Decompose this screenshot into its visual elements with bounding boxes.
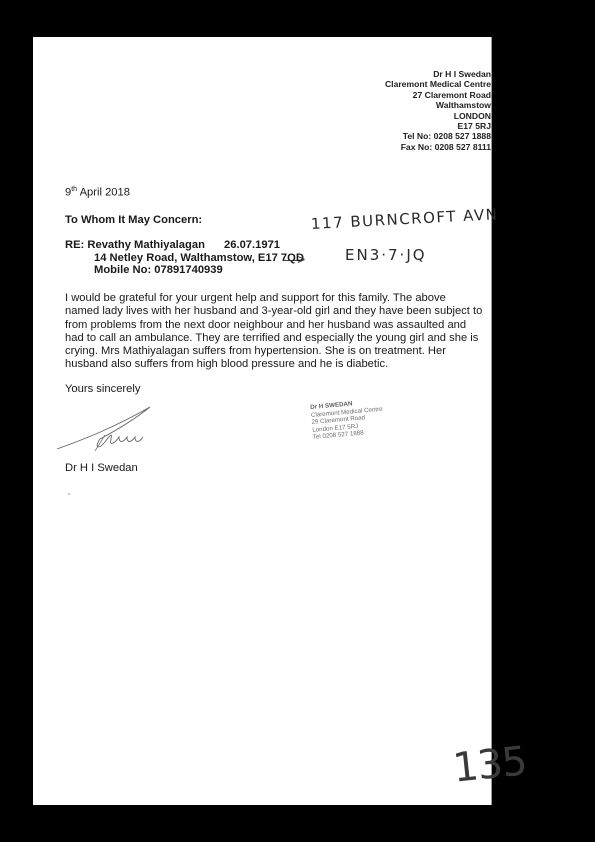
letterhead-line: Claremont Medical Centre — [291, 79, 491, 89]
letterhead-line: Tel No: 0208 527 1888 — [291, 131, 491, 141]
closing: Yours sincerely — [65, 383, 140, 395]
practice-stamp: Dr H SWEDAN Claremont Medical Centre 29 … — [310, 398, 385, 442]
body-line: crying. Mrs Mathiyalagan suffers from hy… — [65, 345, 505, 358]
body-line: had to call an ambulance. They are terri… — [65, 332, 505, 345]
signer-name: Dr H I Swedan — [65, 462, 138, 474]
letterhead-line: E17 5RJ — [291, 121, 491, 131]
letterhead-line: Dr H I Swedan — [291, 69, 491, 79]
letterhead-line: LONDON — [291, 111, 491, 121]
letterhead-line: 27 Claremont Road — [291, 90, 491, 100]
re-block: RE: Revathy Mathiyalagan 26.07.1971 14 N… — [65, 239, 304, 277]
date-ordinal: th — [71, 186, 77, 193]
patient-name: Revathy Mathiyalagan — [87, 239, 205, 251]
letter-page: Dr H I Swedan Claremont Medical Centre 2… — [33, 37, 492, 805]
letterhead-line: Fax No: 0208 527 8111 — [291, 142, 491, 152]
patient-dob: 26.07.1971 — [224, 239, 280, 251]
handwritten-address-line1: 117 BURNCROFT AVN — [311, 205, 499, 233]
body-line: I would be grateful for your urgent help… — [65, 292, 505, 305]
letterhead: Dr H I Swedan Claremont Medical Centre 2… — [291, 69, 491, 152]
body-line: from problems from the next door neighbo… — [65, 319, 505, 332]
arrow-icon: —> — [283, 251, 305, 267]
signature-icon — [55, 399, 165, 454]
scan-speck — [68, 493, 70, 495]
salutation: To Whom It May Concern: — [65, 214, 202, 226]
handwritten-page-number: 135 — [451, 738, 529, 791]
body-line: husband also suffers from high blood pre… — [65, 358, 505, 371]
date-month-year: April 2018 — [80, 187, 130, 199]
patient-mobile: Mobile No: 07891740939 — [65, 264, 304, 277]
letterhead-line: Walthamstow — [291, 100, 491, 110]
handwritten-address-line2: EN3·7·JQ — [345, 246, 427, 264]
re-prefix: RE: — [65, 239, 84, 251]
letter-date: 9th April 2018 — [65, 186, 130, 199]
patient-address: 14 Netley Road, Walthamstow, E17 7QD — [65, 252, 304, 265]
letter-body: I would be grateful for your urgent help… — [65, 292, 505, 372]
body-line: named lady lives with her husband and 3-… — [65, 305, 505, 318]
